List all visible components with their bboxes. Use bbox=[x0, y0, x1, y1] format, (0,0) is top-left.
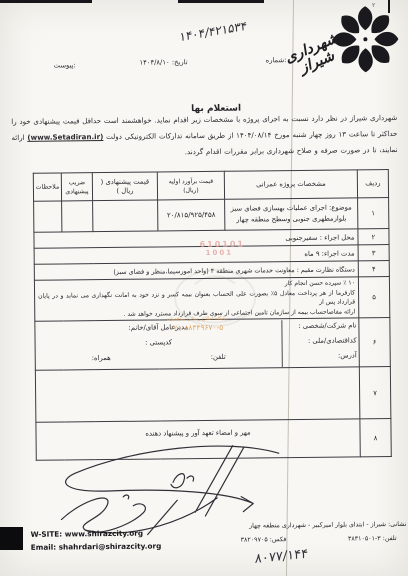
setadiran-url: (www.Setadiran.ir) bbox=[27, 132, 103, 142]
row-number: ۱ bbox=[358, 198, 389, 229]
footer-email-line: Email: shahrdari@shirazcity.org bbox=[31, 541, 162, 551]
row-number: ۶ bbox=[359, 318, 391, 367]
footer-phone-fax-line: تلفن: ۳-۳۸۳۱۰۵۰۱ فکس: ۳۸۲۰۹۷۰۵ bbox=[241, 535, 397, 544]
footer-fax: فکس: ۳۸۲۰۹۷۰۵ bbox=[241, 536, 287, 543]
coefficient-cell-empty bbox=[62, 201, 93, 232]
watermark-stamp-number: 610101 bbox=[199, 240, 244, 249]
header-estimate-price: قیمت برآورد اولیه (ریال) bbox=[157, 171, 224, 200]
header-row-number: ردیف bbox=[357, 170, 388, 198]
date-field: تاریخ: ۱۴۰۴/۸/۱۰ bbox=[110, 58, 188, 67]
mobile-label: همراه: bbox=[92, 353, 111, 361]
row-number: ۴ bbox=[358, 261, 389, 277]
footer-phone: تلفن: ۳-۳۸۳۱۰۵۰۱ bbox=[348, 535, 397, 543]
economic-code-label: کداقتصادی/ملی : bbox=[285, 336, 357, 345]
scan-paper-background: ۲ شماره: ۱۴۰۴/۴۲۱۵۳۴ تاریخ: ۱۴۰۴/۸/۱۰ پی… bbox=[0, 0, 408, 576]
row-number: ۵ bbox=[358, 277, 389, 318]
header-remarks: ملاحظات bbox=[33, 173, 61, 201]
proposed-price-cell-empty bbox=[93, 200, 158, 232]
email-label: Email: bbox=[31, 543, 57, 552]
project-subject-cell: موضوع: اجرای عملیات بهسازی فضای سبز بلوا… bbox=[225, 198, 358, 230]
attachment-label: پیوست: bbox=[54, 61, 76, 69]
empty-cell bbox=[35, 367, 360, 422]
table-header-row: ردیف مشخصات پروژه عمرانی قیمت برآورد اول… bbox=[33, 170, 388, 202]
footer-address: نشانی: شیراز - ابتدای بلوار امیرکبیر - ش… bbox=[234, 521, 406, 530]
row-number: ۸ bbox=[360, 419, 391, 457]
email-address: shahrdari@shirazcity.org bbox=[59, 541, 162, 551]
footer-website-line: W-SITE: www.shirazcity.org bbox=[31, 529, 144, 539]
row-number: ۷ bbox=[359, 367, 391, 419]
document-number-handwritten: ۱۴۰۴/۴۲۱۵۳۴ bbox=[179, 19, 247, 45]
header-project-spec: مشخصات پروژه عمرانی bbox=[224, 170, 357, 199]
estimate-value: ۲۰/۸۱۵/۹۲۵/۴۵۸ bbox=[158, 199, 225, 231]
scanned-document-page: { "header": { "number_label": "شماره:", … bbox=[0, 0, 408, 576]
header-proposed-coefficient: ضریب پیشنهادی bbox=[61, 173, 92, 201]
remarks-cell-empty bbox=[34, 201, 62, 232]
date-value: ۱۴۰۴/۸/۱۰ bbox=[139, 58, 169, 66]
redaction-block bbox=[0, 527, 23, 550]
phone-label: تلفن: bbox=[211, 352, 226, 360]
watermark-tender-site-name: پایگاه اطلاع رسانی مناقصات bbox=[150, 316, 242, 323]
table-row-empty: ۷ bbox=[35, 367, 391, 423]
header-proposed-price: قیمت پیشنهادی ( ریال ) bbox=[92, 172, 157, 201]
postal-code-label: کدپستی : bbox=[42, 337, 276, 347]
row-number: ۳ bbox=[358, 245, 389, 261]
website-label: W-SITE: bbox=[31, 529, 63, 538]
website-url: www.shirazcity.org bbox=[65, 529, 143, 539]
company-name-label: نام شرکت/شخصی : bbox=[284, 321, 356, 330]
row-number: ۲ bbox=[358, 229, 389, 245]
table-row-subject: ۱ موضوع: اجرای عملیات بهسازی فضای سبز بل… bbox=[34, 198, 389, 233]
watermark-stamp-number-2: 1001 bbox=[206, 249, 234, 257]
watermark-tender-site-phone: ۰۲۱-۸۸۳۴۹۶۷۰-۵ bbox=[148, 323, 244, 333]
intro-paragraph: شهرداری شیراز در نظر دارد نسبت به اجرای … bbox=[11, 110, 397, 161]
municipality-logo-calligraphy: شهرداری شیراز bbox=[271, 26, 358, 85]
contractor-labels-column: نام شرکت/شخصی : کداقتصادی/ملی : آدرس: bbox=[281, 319, 358, 367]
date-label: تاریخ: bbox=[172, 58, 188, 66]
address-label: آدرس: bbox=[285, 351, 357, 360]
